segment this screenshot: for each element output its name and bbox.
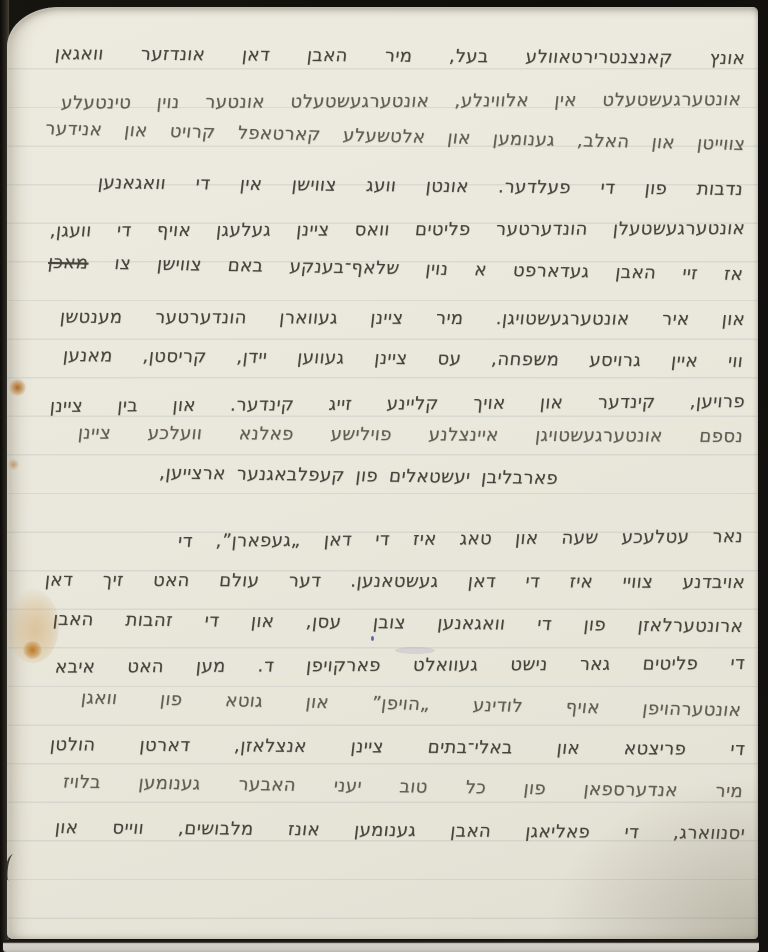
handwritten-line: נאר עטלעכע שעה און טאג איז די דאן „געפאר… — [177, 524, 744, 555]
notebook-page: אונץ קאנצנטרירטאוולע בעל, מיר האבן דאן א… — [7, 7, 758, 939]
handwritten-line: ארונטערלאזן פון די וואגאנען צובן עסן, או… — [52, 607, 745, 640]
handwritten-line: יסנווארג, די פאליאגן האבן גענומען אונז מ… — [54, 815, 747, 847]
foxing-stain-dot — [23, 641, 42, 659]
foxing-stain-large — [7, 589, 59, 663]
handwritten-line: אונטערגעשטעלט אין אלווינלע, אונטערגעשטעל… — [60, 87, 743, 117]
strikethrough-word: מאכן — [47, 252, 90, 274]
handwritten-line: מיר אנדערספאן פון כל טוב יעני האבער גענו… — [62, 770, 745, 805]
handwritten-line: אז זיי האבן געדארפט א נוין שלאף־בענקע בא… — [47, 250, 745, 288]
margin-ink-mark — [7, 853, 18, 881]
foxing-stain-dot — [8, 459, 19, 470]
foxing-stain-dot — [9, 379, 26, 396]
handwritten-line: ווי איין גרויסע משפחה, עס ציינן געווען י… — [62, 343, 745, 375]
line-text: אז זיי האבן געדארפט א נוין שלאף־בענקע בא… — [113, 253, 744, 285]
handwritten-line: די פליטים גאר נישט געוואלט פארקויפן ד. מ… — [54, 651, 747, 681]
blue-ink-speck — [371, 636, 374, 641]
handwritten-line: פרויען, קינדער און אויך קליינע זייג קינד… — [49, 389, 747, 420]
handwritten-line: נספם אונטערגעשטויגן איינצלנע פוילישע פאל… — [77, 421, 745, 450]
photo-background: אונץ קאנצנטרירטאוולע בעל, מיר האבן דאן א… — [0, 0, 768, 952]
handwritten-line: נדבות פון די פעלדער. אונטן וועג צווישן א… — [97, 170, 745, 203]
handwritten-line: אויבדנע צוויי איז די דאן געשטאנען. דער ע… — [44, 568, 747, 596]
handwritten-line: די פריצטא און באלי־בתים ציינן אנצלאזן, ד… — [49, 732, 747, 763]
handwritten-line: צווייטן און האלב, גענומען און אלטשעלע קא… — [44, 116, 747, 158]
handwritten-line: אונטערהויפן אויף לודינע „הויפן” און גוטא… — [80, 685, 743, 724]
handwritten-line: אונץ קאנצנטרירטאוולע בעל, מיר האבן דאן א… — [54, 41, 747, 72]
handwritten-line: און איר אונטערגעשטויגן. מיר ציינן געוואר… — [59, 305, 747, 333]
handwritten-line: פארבליבן יעשטאלים פון קעפלבאגנער ארצייען… — [211, 461, 559, 492]
handwritten-line: אונטערגעשטעלן הונדערטער פליטים וואס ציינ… — [49, 216, 747, 244]
next-page-edge-strip — [3, 940, 759, 952]
